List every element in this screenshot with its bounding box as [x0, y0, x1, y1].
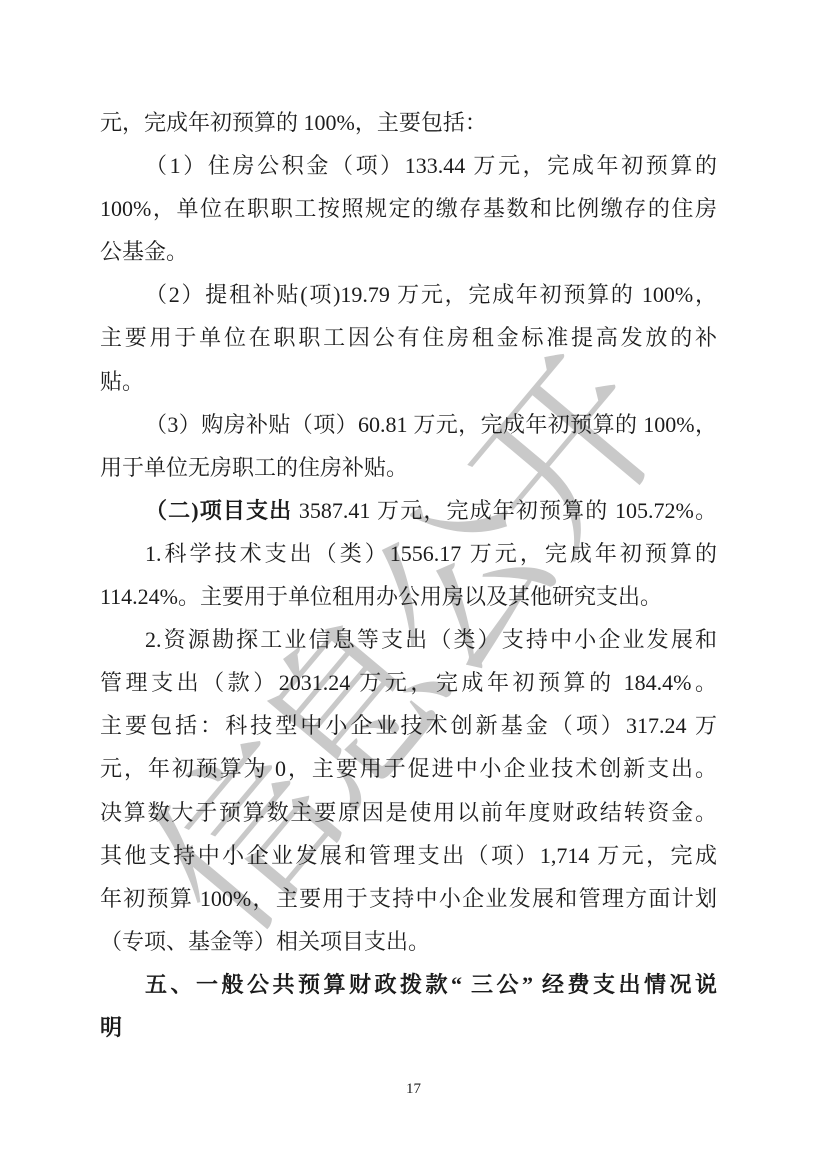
text-run: 1.科学技术支出（类）1556.17 万元，完成年初预算的: [145, 541, 717, 566]
document-body: 元，完成年初预算的 100%，主要包括：（1）住房公积金（项）133.44 万元…: [100, 101, 717, 1049]
text-line: 主要用于单位在职职工因公有住房租金标准提高发放的补: [100, 316, 717, 359]
text-line: 2.资源勘探工业信息等支出（类）支持中小企业发展和: [100, 618, 717, 661]
text-run: 年初预算 100%，主要用于支持中小企业发展和管理方面计划: [100, 886, 717, 911]
text-line: 贴。: [100, 360, 717, 403]
text-run: 主要包括：科技型中小企业技术创新基金（项）317.24 万: [100, 713, 717, 738]
text-run: （二)项目支出: [145, 498, 292, 523]
text-run: （3）购房补贴（项）60.81 万元，完成年初预算的 100%，: [145, 412, 717, 437]
text-run: 其他支持中小企业发展和管理支出（项）1,714 万元，完成: [100, 843, 717, 868]
text-line: 元，年初预算为 0，主要用于促进中小企业技术创新支出。: [100, 747, 717, 790]
text-run: 主要用于单位在职职工因公有住房租金标准提高发放的补: [100, 325, 717, 350]
text-line: 用于单位无房职工的住房补贴。: [100, 446, 717, 489]
text-line: （2）提租补贴(项)19.79 万元，完成年初预算的 100%，: [100, 273, 717, 316]
text-line: 其他支持中小企业发展和管理支出（项）1,714 万元，完成: [100, 834, 717, 877]
text-run: （1）住房公积金（项）133.44 万元，完成年初预算的: [145, 153, 717, 178]
text-line: 主要包括：科技型中小企业技术创新基金（项）317.24 万: [100, 704, 717, 747]
text-run: 五、一般公共预算财政拨款“ 三公” 经费支出情况说: [145, 972, 717, 997]
text-line: 114.24%。主要用于单位租用办公用房以及其他研究支出。: [100, 575, 717, 618]
text-line: 年初预算 100%，主要用于支持中小企业发展和管理方面计划: [100, 877, 717, 920]
text-run: 用于单位无房职工的住房补贴。: [100, 455, 408, 480]
text-run: 100%，单位在职职工按照规定的缴存基数和比例缴存的住房: [100, 196, 717, 221]
text-line: 100%，单位在职职工按照规定的缴存基数和比例缴存的住房: [100, 187, 717, 230]
text-run: 元，年初预算为 0，主要用于促进中小企业技术创新支出。: [100, 756, 717, 781]
text-line: 决算数大于预算数主要原因是使用以前年度财政结转资金。: [100, 791, 717, 834]
text-line: （二)项目支出 3587.41 万元，完成年初预算的 105.72%。: [100, 489, 717, 532]
text-line: （3）购房补贴（项）60.81 万元，完成年初预算的 100%，: [100, 403, 717, 446]
text-run: （2）提租补贴(项)19.79 万元，完成年初预算的 100%，: [145, 282, 717, 307]
text-run: 贴。: [100, 369, 144, 394]
text-run: 管理支出（款）2031.24 万元，完成年初预算的 184.4%。: [100, 670, 717, 695]
text-line: 五、一般公共预算财政拨款“ 三公” 经费支出情况说: [100, 963, 717, 1006]
page-number: 17: [0, 1081, 827, 1098]
text-run: 明: [100, 1015, 122, 1040]
text-run: 114.24%。主要用于单位租用办公用房以及其他研究支出。: [100, 584, 662, 609]
text-run: 3587.41 万元，完成年初预算的 105.72%。: [292, 498, 717, 523]
text-run: 元，完成年初预算的 100%，主要包括：: [100, 110, 487, 135]
text-line: 公基金。: [100, 230, 717, 273]
text-run: 公基金。: [100, 239, 188, 264]
text-line: 元，完成年初预算的 100%，主要包括：: [100, 101, 717, 144]
text-run: 决算数大于预算数主要原因是使用以前年度财政结转资金。: [100, 800, 717, 825]
text-run: 2.资源勘探工业信息等支出（类）支持中小企业发展和: [145, 627, 717, 652]
text-line: 管理支出（款）2031.24 万元，完成年初预算的 184.4%。: [100, 661, 717, 704]
text-line: （专项、基金等）相关项目支出。: [100, 920, 717, 963]
text-line: 1.科学技术支出（类）1556.17 万元，完成年初预算的: [100, 532, 717, 575]
text-run: （专项、基金等）相关项目支出。: [100, 929, 430, 954]
document-page: 信息公开 元，完成年初预算的 100%，主要包括：（1）住房公积金（项）133.…: [0, 0, 827, 1169]
text-line: （1）住房公积金（项）133.44 万元，完成年初预算的: [100, 144, 717, 187]
text-line: 明: [100, 1006, 717, 1049]
